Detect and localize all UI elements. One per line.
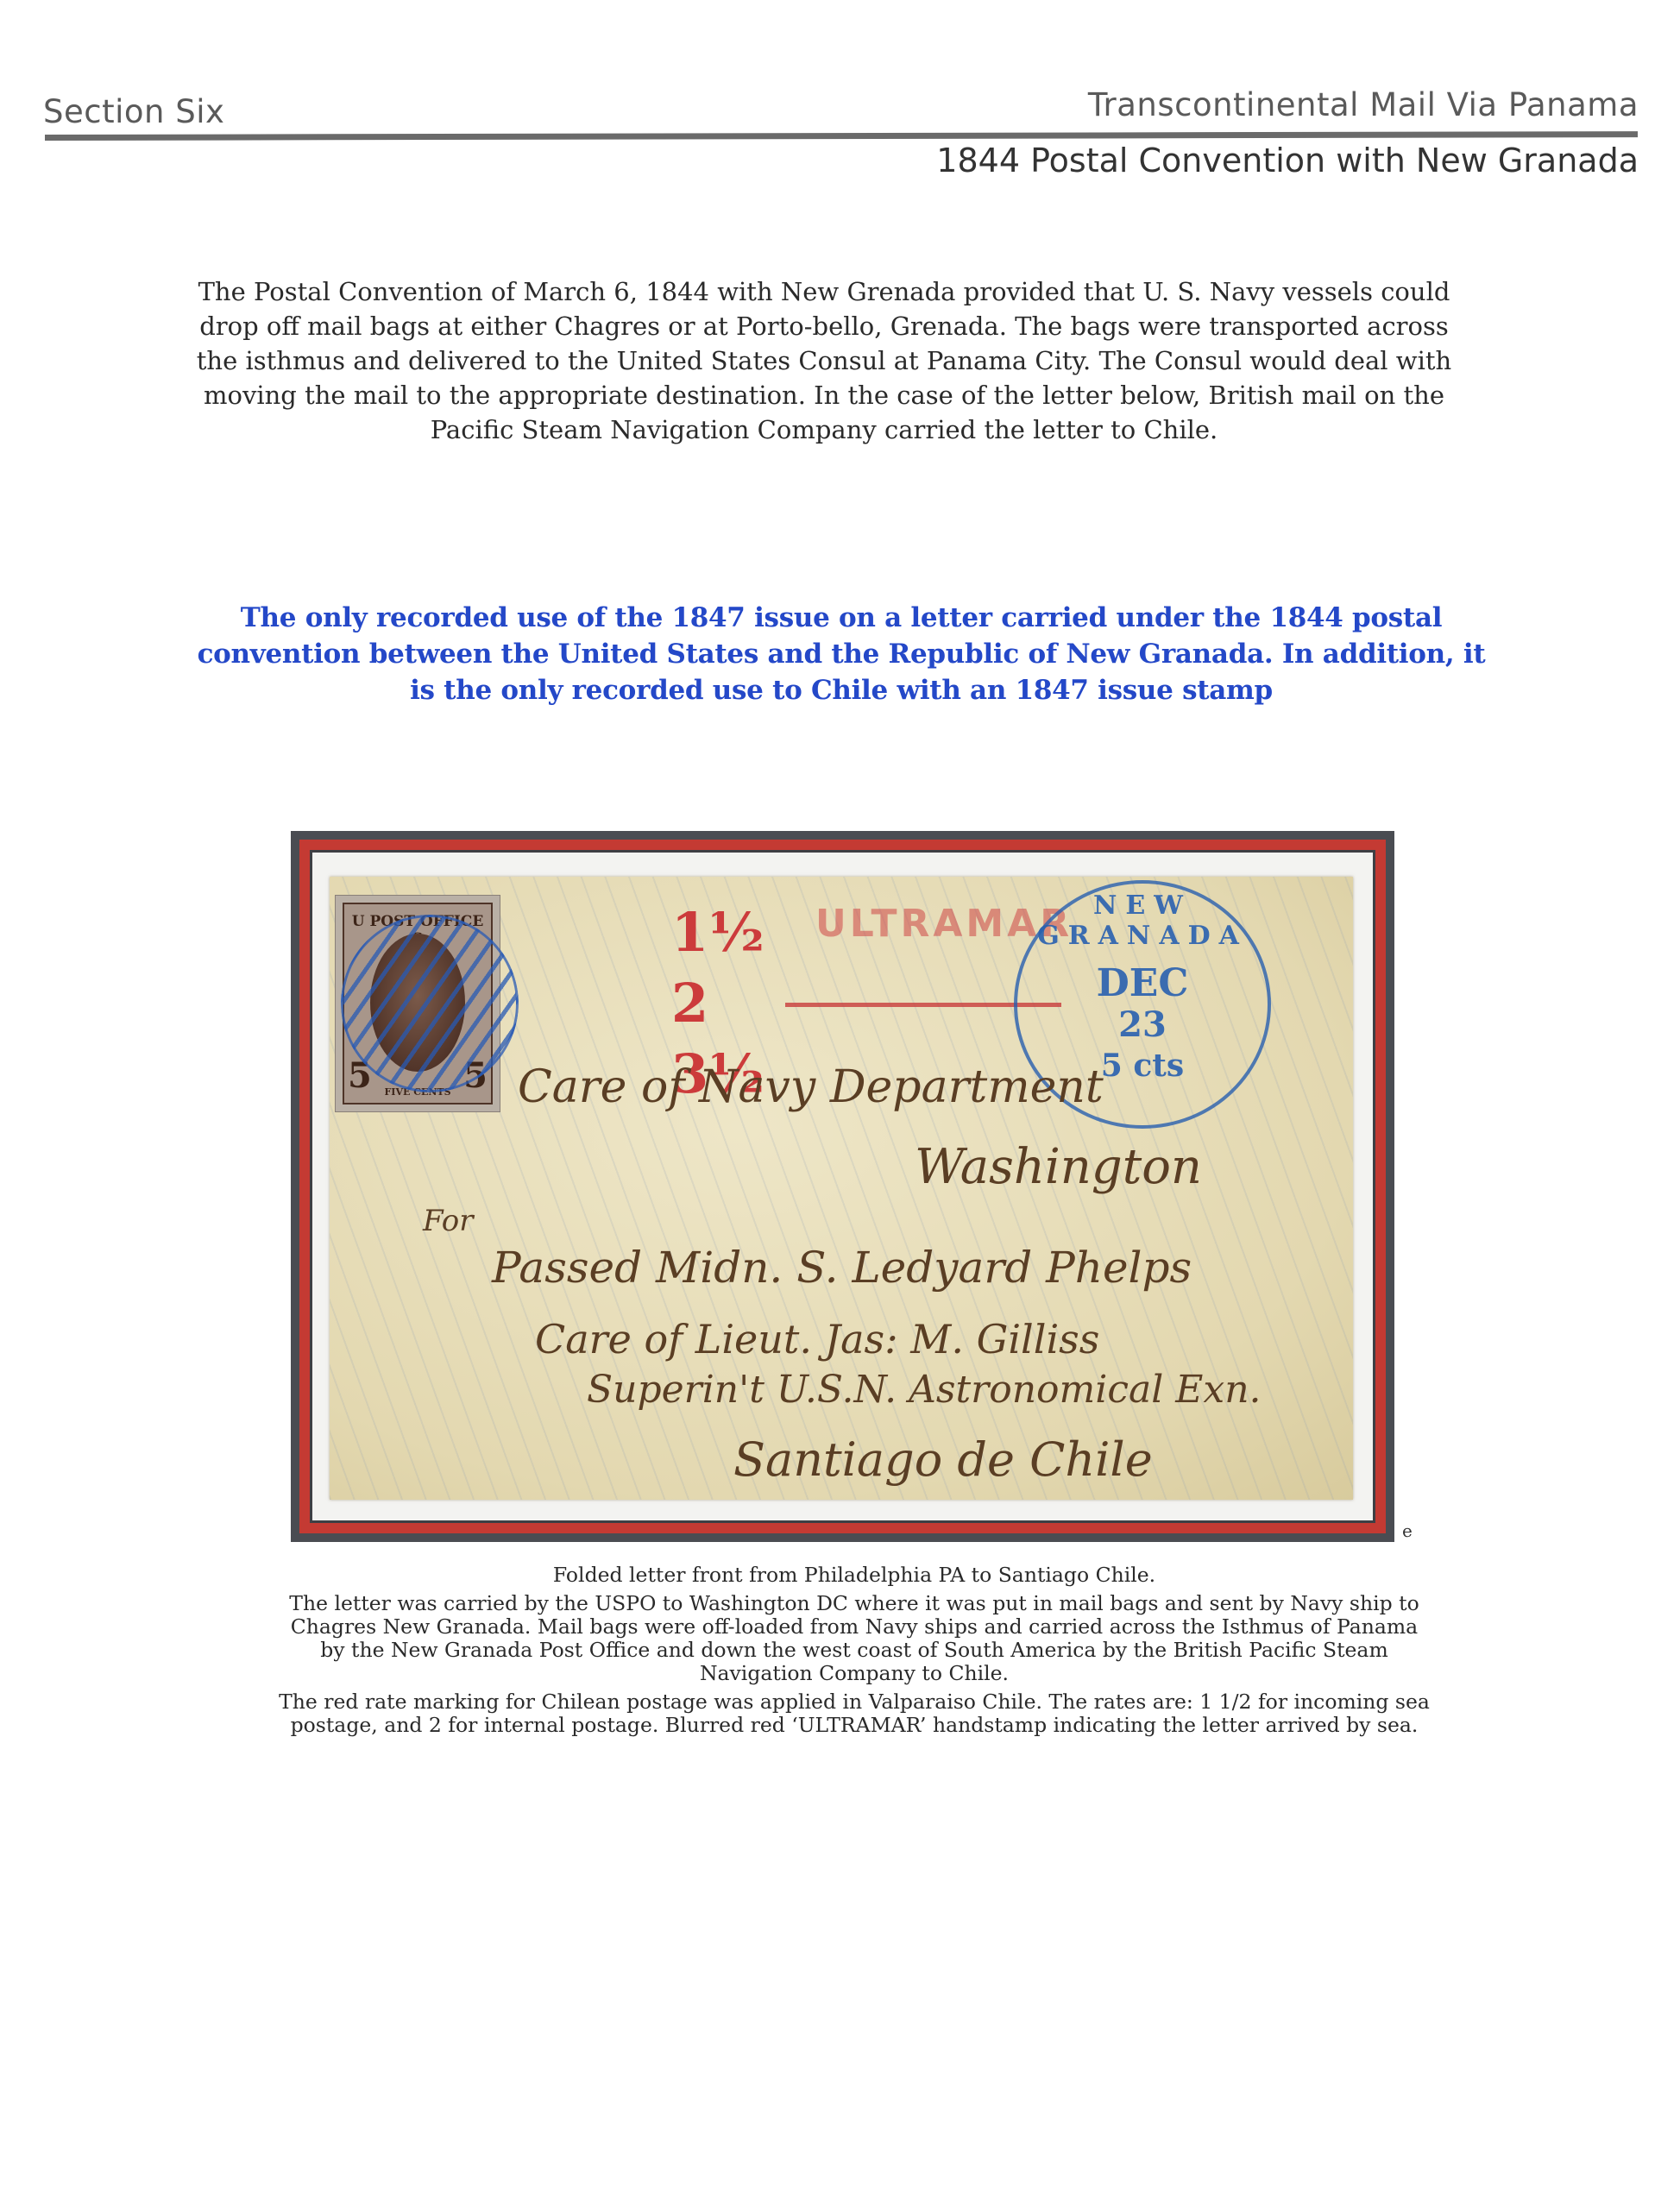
rate-sea: 1½ xyxy=(671,897,749,968)
address-line-4: Passed Midn. S. Ledyard Phelps xyxy=(492,1243,1192,1293)
section-label: Section Six xyxy=(43,93,224,130)
address-line-3: For xyxy=(423,1204,473,1238)
highlight-statement: The only recorded use of the 1847 issue … xyxy=(181,600,1501,708)
header-divider xyxy=(45,131,1638,141)
address-line-1: Care of Navy Department xyxy=(518,1061,1104,1113)
caption-route: The letter was carried by the USPO to Wa… xyxy=(276,1592,1432,1685)
page-subtitle: 1844 Postal Convention with New Granada xyxy=(936,142,1639,179)
caption-rates: The red rate marking for Chilean postage… xyxy=(276,1690,1432,1737)
cover-caption: Folded letter front from Philadelphia PA… xyxy=(276,1564,1432,1742)
address-line-6: Superin't U.S.N. Astronomical Exn. xyxy=(587,1368,1262,1412)
intro-paragraph: The Postal Convention of March 6, 1844 w… xyxy=(190,274,1458,447)
page-title: Transcontinental Mail Via Panama xyxy=(1088,86,1639,123)
address-line-2: Washington xyxy=(915,1139,1202,1195)
address-line-5: Care of Lieut. Jas: M. Gilliss xyxy=(535,1316,1099,1363)
address-line-7: Santiago de Chile xyxy=(733,1432,1153,1487)
blue-grid-cancel-icon xyxy=(341,915,519,1092)
postmark-day: 23 xyxy=(1017,1004,1268,1045)
postmark-month: DEC xyxy=(1017,961,1268,1005)
page-mark: e xyxy=(1402,1520,1413,1541)
rate-internal: 2 xyxy=(671,968,749,1039)
caption-title: Folded letter front from Philadelphia PA… xyxy=(276,1564,1432,1587)
postmark-arc-text: NEW GRANADA xyxy=(1017,891,1268,951)
